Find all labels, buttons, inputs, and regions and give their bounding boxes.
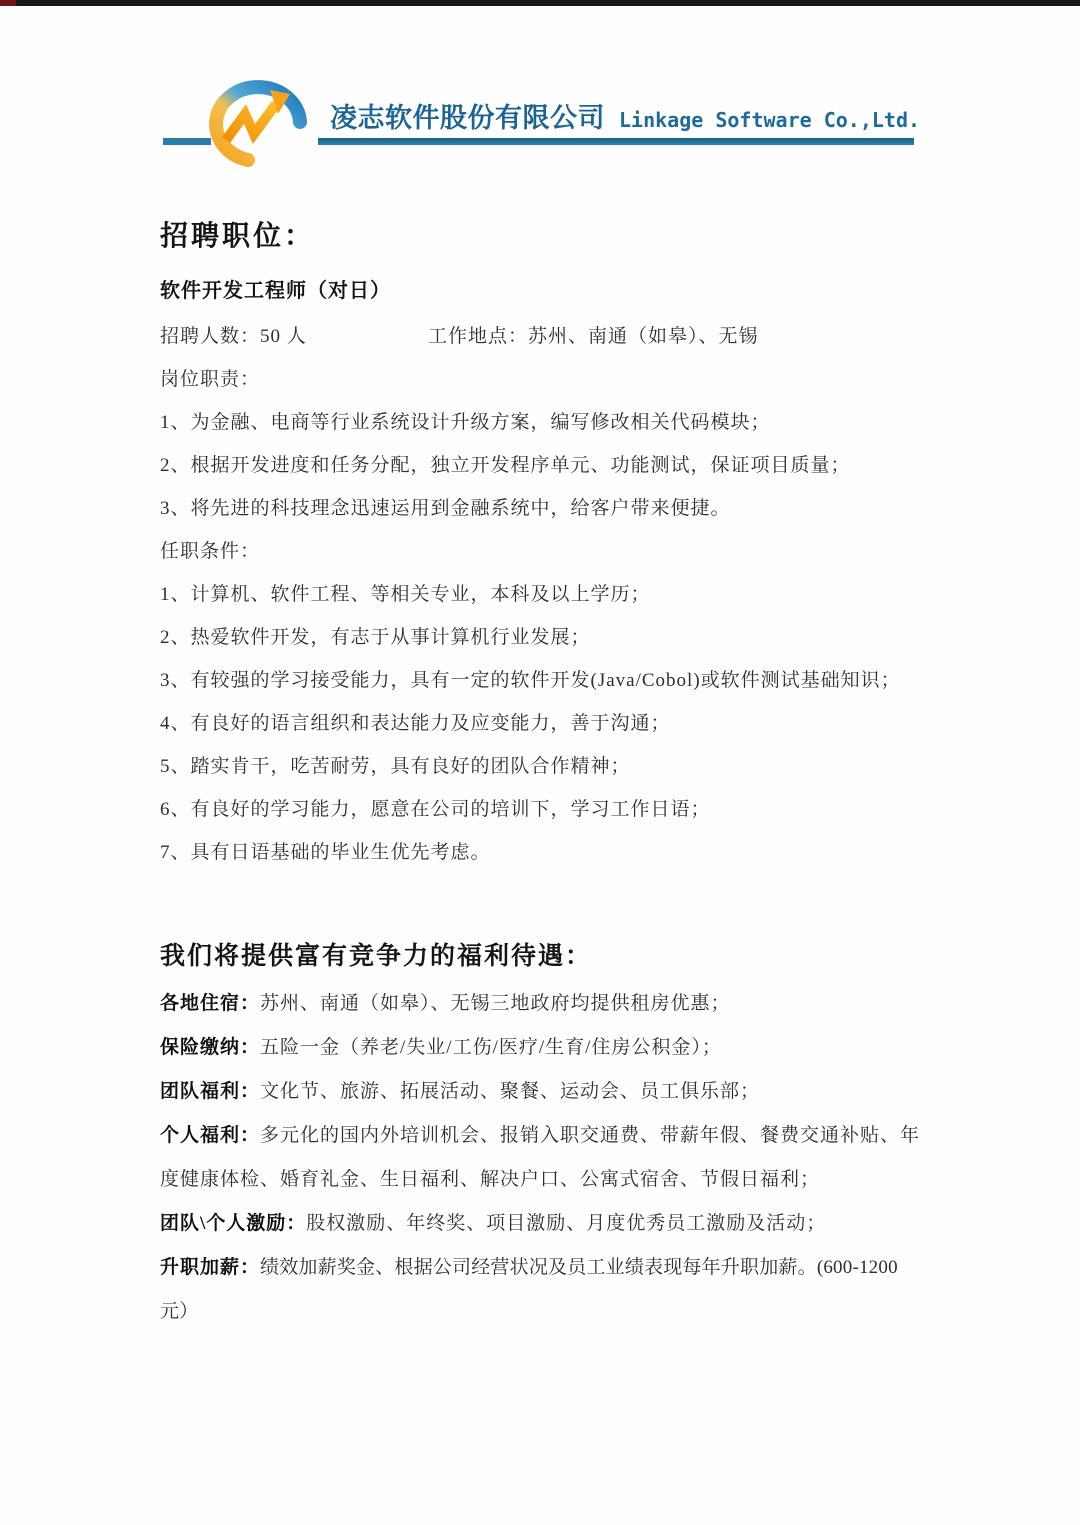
benefit-item: 升职加薪：绩效加薪奖金、根据公司经营状况及员工业绩表现每年升职加薪。(600-1… [160,1246,930,1334]
benefit-label: 各地住宿： [160,993,260,1014]
header-rule-left-dash [163,138,211,145]
benefit-label: 个人福利： [160,1125,260,1146]
requirement-item: 7、具有日语基础的毕业生优先考虑。 [160,842,930,864]
position-title: 软件开发工程师（对日） [160,280,930,302]
benefit-item: 团队\个人激励：股权激励、年终奖、项目激励、月度优秀员工激励及活动； [160,1202,930,1246]
benefits-title: 我们将提供富有竞争力的福利待遇： [160,942,930,972]
requirement-item: 1、计算机、软件工程、等相关专业，本科及以上学历； [160,584,930,606]
benefits-list: 各地住宿：苏州、南通（如皋）、无锡三地政府均提供租房优惠； 保险缴纳：五险一金（… [160,982,930,1334]
section-title-positions: 招聘职位： [160,222,930,252]
company-name-block: 凌志软件股份有限公司Linkage Software Co.,Ltd. [330,96,920,135]
benefit-text: 股权激励、年终奖、项目激励、月度优秀员工激励及活动； [306,1213,826,1234]
location: 工作地点：苏州、南通（如皋）、无锡 [428,326,759,347]
headcount: 招聘人数：50 人 [160,326,428,348]
document-page: 凌志软件股份有限公司Linkage Software Co.,Ltd. 招聘职位… [0,0,1080,1525]
location-label: 工作地点： [428,326,528,347]
benefit-text: 苏州、南通（如皋）、无锡三地政府均提供租房优惠； [260,993,731,1014]
company-name-zh: 凌志软件股份有限公司 [330,103,605,133]
duty-item: 1、为金融、电商等行业系统设计升级方案，编写修改相关代码模块； [160,412,930,434]
requirement-item: 4、有良好的语言组织和表达能力及应变能力，善于沟通； [160,713,930,735]
benefit-text: 五险一金（养老/失业/工伤/医疗/生育/住房公积金）； [260,1037,722,1058]
headcount-value: 50 人 [260,326,307,347]
benefit-item: 保险缴纳：五险一金（养老/失业/工伤/医疗/生育/住房公积金）； [160,1026,930,1070]
requirement-item: 5、踏实肯干，吃苦耐劳，具有良好的团队合作精神； [160,756,930,778]
benefit-label: 团队\个人激励： [160,1213,306,1234]
requirement-item: 6、有良好的学习能力，愿意在公司的培训下，学习工作日语； [160,799,930,821]
requirements-title: 任职条件： [160,541,930,563]
document-body: 招聘职位： 软件开发工程师（对日） 招聘人数：50 人工作地点：苏州、南通（如皋… [0,222,1080,1334]
location-value: 苏州、南通（如皋）、无锡 [528,326,759,347]
duties-title: 岗位职责： [160,369,930,391]
duty-item: 2、根据开发进度和任务分配，独立开发程序单元、功能测试，保证项目质量； [160,455,930,477]
headcount-location-line: 招聘人数：50 人工作地点：苏州、南通（如皋）、无锡 [160,326,930,348]
benefit-text: 文化节、旅游、拓展活动、聚餐、运动会、员工俱乐部； [260,1081,760,1102]
letterhead: 凌志软件股份有限公司Linkage Software Co.,Ltd. [0,0,1080,200]
benefit-item: 各地住宿：苏州、南通（如皋）、无锡三地政府均提供租房优惠； [160,982,930,1026]
duty-item: 3、将先进的科技理念迅速运用到金融系统中，给客户带来便捷。 [160,498,930,520]
requirement-item: 3、有较强的学习接受能力，具有一定的软件开发(Java/Cobol)或软件测试基… [160,670,930,692]
benefit-label: 升职加薪： [160,1257,260,1278]
benefit-item: 个人福利：多元化的国内外培训机会、报销入职交通费、带薪年假、餐费交通补贴、年度健… [160,1114,930,1202]
company-name-en: Linkage Software Co.,Ltd. [619,108,920,132]
header-rule [318,138,914,145]
requirement-item: 2、热爱软件开发，有志于从事计算机行业发展； [160,627,930,649]
benefit-label: 团队福利： [160,1081,260,1102]
benefit-label: 保险缴纳： [160,1037,260,1058]
headcount-label: 招聘人数： [160,326,260,347]
company-logo-icon [196,64,326,176]
benefit-text: 绩效加薪奖金、根据公司经营状况及员工业绩表现每年升职加薪。(600-1200 元… [160,1257,898,1322]
benefit-text: 多元化的国内外培训机会、报销入职交通费、带薪年假、餐费交通补贴、年度健康体检、婚… [160,1125,920,1190]
benefit-item: 团队福利：文化节、旅游、拓展活动、聚餐、运动会、员工俱乐部； [160,1070,930,1114]
